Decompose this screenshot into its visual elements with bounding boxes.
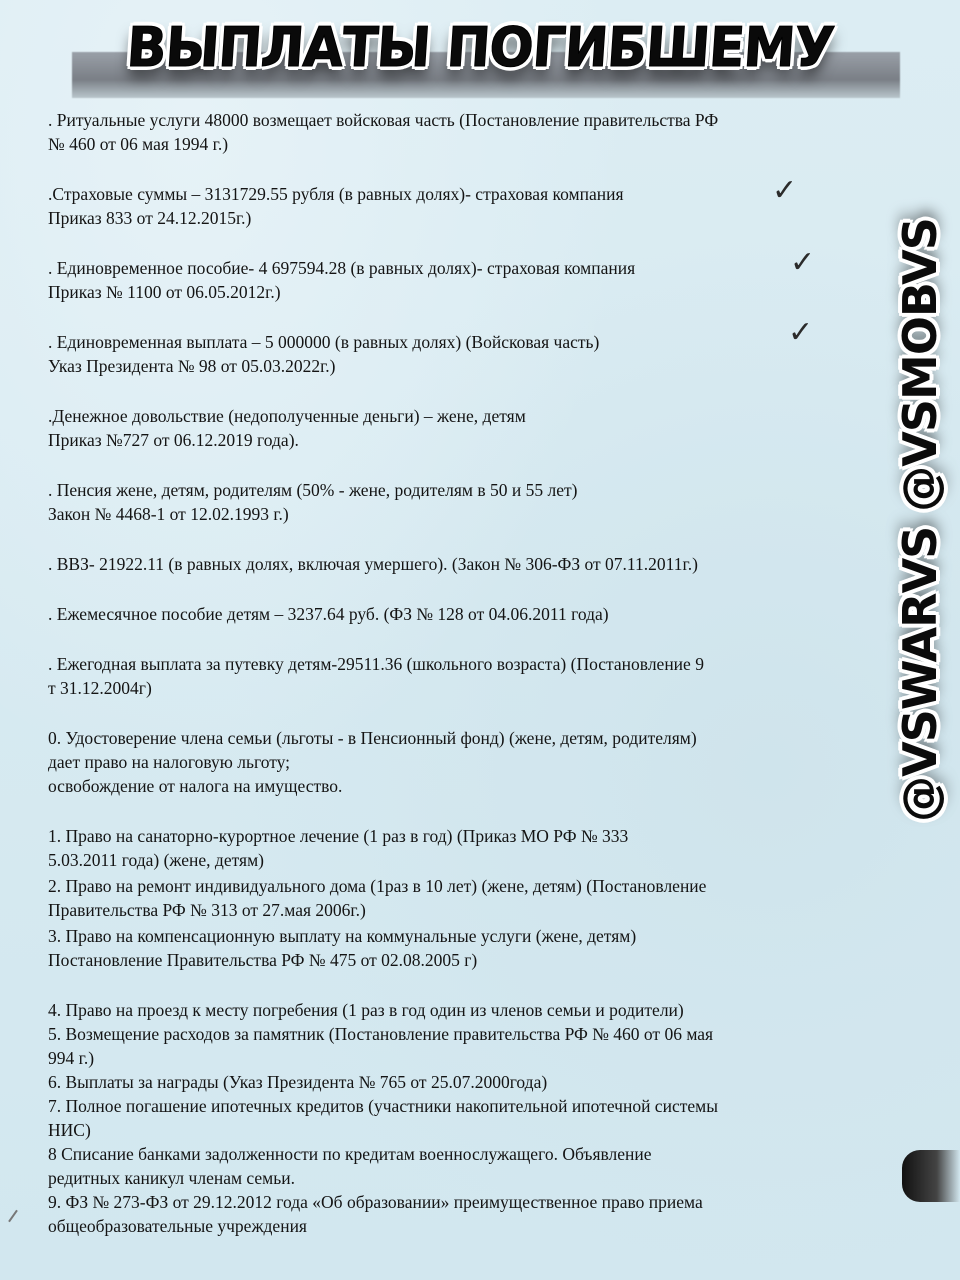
- list-item: . Единовременная выплата – 5 000000 (в р…: [48, 330, 908, 378]
- item-line: . ВВЗ- 21922.11 (в равных долях, включая…: [48, 552, 908, 576]
- item-line: . Ежегодная выплата за путевку детям-295…: [48, 652, 908, 676]
- item-line: общеобразовательные учреждения: [48, 1214, 908, 1238]
- item-line: 994 г.): [48, 1046, 908, 1070]
- item-line: дает право на налоговую льготу;: [48, 750, 908, 774]
- edge-shadow-decoration: [902, 1150, 960, 1202]
- item-line: 9. ФЗ № 273-ФЗ от 29.12.2012 года «Об об…: [48, 1190, 908, 1214]
- document-body: . Ритуальные услуги 48000 возмещает войс…: [48, 108, 908, 1238]
- watermark-text: @VSWARVS @VSMOBVS: [893, 218, 947, 822]
- list-item: 5. Возмещение расходов за памятник (Пост…: [48, 1022, 908, 1070]
- list-item: . ВВЗ- 21922.11 (в равных долях, включая…: [48, 552, 908, 576]
- check-mark-icon: ✓: [790, 248, 815, 278]
- item-line: освобождение от налога на имущество.: [48, 774, 908, 798]
- check-mark-icon: ✓: [788, 318, 813, 348]
- item-line: Постановление Правительства РФ № 475 от …: [48, 948, 908, 972]
- item-line: . Пенсия жене, детям, родителям (50% - ж…: [48, 478, 908, 502]
- item-line: № 460 от 06 мая 1994 г.): [48, 132, 908, 156]
- list-item: . Пенсия жене, детям, родителям (50% - ж…: [48, 478, 908, 526]
- item-line: 7. Полное погашение ипотечных кредитов (…: [48, 1094, 908, 1118]
- item-line: 0. Удостоверение члена семьи (льготы - в…: [48, 726, 908, 750]
- list-item: . Ритуальные услуги 48000 возмещает войс…: [48, 108, 908, 156]
- list-item: . Ежегодная выплата за путевку детям-295…: [48, 652, 908, 700]
- list-item: .Денежное довольствие (недополученные де…: [48, 404, 908, 452]
- item-line: Приказ № 1100 от 06.05.2012г.): [48, 280, 908, 304]
- item-line: Закон № 4468-1 от 12.02.1993 г.): [48, 502, 908, 526]
- item-line: редитных каникул членам семьи.: [48, 1166, 908, 1190]
- title-banner: ВЫПЛАТЫ ПОГИБШЕМУ: [0, 18, 960, 78]
- watermark: @VSWARVS @VSMOBVS: [884, 150, 956, 890]
- item-line: 5.03.2011 года) (жене, детям): [48, 848, 908, 872]
- list-item: 8 Списание банками задолженности по кред…: [48, 1142, 908, 1190]
- item-line: . Ритуальные услуги 48000 возмещает войс…: [48, 108, 908, 132]
- list-item: 9. ФЗ № 273-ФЗ от 29.12.2012 года «Об об…: [48, 1190, 908, 1238]
- item-line: Приказ 833 от 24.12.2015г.): [48, 206, 908, 230]
- item-line: 1. Право на санаторно-курортное лечение …: [48, 824, 908, 848]
- check-mark-icon: ✓: [772, 176, 797, 206]
- list-item: 3. Право на компенсационную выплату на к…: [48, 924, 908, 972]
- item-line: 8 Списание банками задолженности по кред…: [48, 1142, 908, 1166]
- item-line: Правительства РФ № 313 от 27.мая 2006г.): [48, 898, 908, 922]
- item-line: 3. Право на компенсационную выплату на к…: [48, 924, 908, 948]
- list-item: 1. Право на санаторно-курортное лечение …: [48, 824, 908, 872]
- item-line: . Единовременное пособие- 4 697594.28 (в…: [48, 256, 908, 280]
- list-item: 6. Выплаты за награды (Указ Президента №…: [48, 1070, 908, 1094]
- page-title: ВЫПЛАТЫ ПОГИБШЕМУ: [125, 17, 836, 80]
- item-line: Указ Президента № 98 от 05.03.2022г.): [48, 354, 908, 378]
- list-item: 4. Право на проезд к месту погребения (1…: [48, 998, 908, 1022]
- item-line: 6. Выплаты за награды (Указ Президента №…: [48, 1070, 908, 1094]
- item-line: 5. Возмещение расходов за памятник (Пост…: [48, 1022, 908, 1046]
- item-line: .Денежное довольствие (недополученные де…: [48, 404, 908, 428]
- item-line: . Единовременная выплата – 5 000000 (в р…: [48, 330, 908, 354]
- list-item: . Единовременное пособие- 4 697594.28 (в…: [48, 256, 908, 304]
- item-line: 4. Право на проезд к месту погребения (1…: [48, 998, 908, 1022]
- list-item: 7. Полное погашение ипотечных кредитов (…: [48, 1094, 908, 1142]
- list-item: 2. Право на ремонт индивидуального дома …: [48, 874, 908, 922]
- item-line: НИС): [48, 1118, 908, 1142]
- item-line: 2. Право на ремонт индивидуального дома …: [48, 874, 908, 898]
- item-line: . Ежемесячное пособие детям – 3237.64 ру…: [48, 602, 908, 626]
- list-item: . Ежемесячное пособие детям – 3237.64 ру…: [48, 602, 908, 626]
- item-line: т 31.12.2004г): [48, 676, 908, 700]
- list-item: 0. Удостоверение члена семьи (льготы - в…: [48, 726, 908, 798]
- item-line: Приказ №727 от 06.12.2019 года).: [48, 428, 908, 452]
- list-item: .Страховые суммы – 3131729.55 рубля (в р…: [48, 182, 908, 230]
- pen-mark-decoration: [8, 1210, 18, 1223]
